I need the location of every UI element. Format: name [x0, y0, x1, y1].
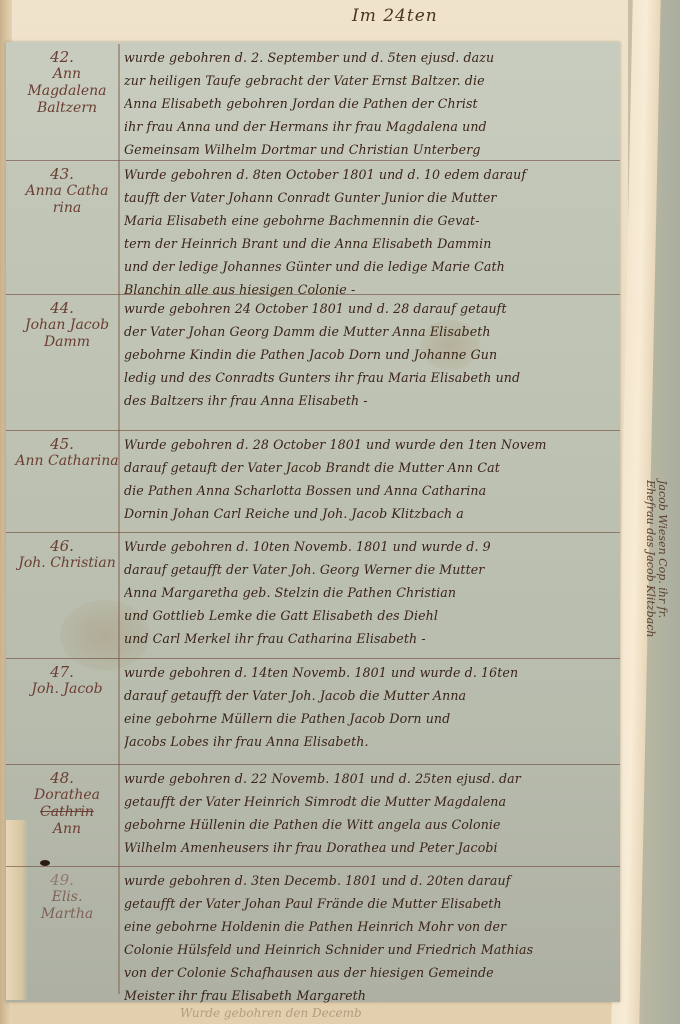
entry-child-name: Johan Jacob Damm — [12, 317, 122, 351]
text-line: gebohrne Hüllenin die Pathen die Witt an… — [124, 813, 620, 836]
name-line: Cathrin — [12, 804, 122, 821]
name-line: Dorathea — [12, 787, 122, 804]
text-line: des Baltzers ihr frau Anna Elisabeth - — [124, 389, 620, 412]
text-line: gebohrne Kindin die Pathen Jacob Dorn un… — [124, 343, 620, 366]
entry-number: 49. — [6, 871, 118, 889]
register-entry: 47. Joh. Jacob wurde gebohren d. 14ten N… — [6, 658, 620, 763]
text-line: der Vater Johan Georg Damm die Mutter An… — [124, 320, 620, 343]
text-line: eine gebohrne Müllern die Pathen Jacob D… — [124, 707, 620, 730]
name-line: Ann Catharina — [12, 453, 122, 470]
page-header-note: Im 24ten — [352, 6, 438, 26]
name-line: Baltzern — [12, 100, 122, 117]
text-line: Jacobs Lobes ihr frau Anna Elisabeth. — [124, 730, 620, 753]
entry-child-name: Ann Catharina — [12, 453, 122, 470]
text-line: wurde gebohren d. 14ten Novemb. 1801 und… — [124, 661, 620, 684]
entry-number: 45. — [6, 435, 118, 453]
register-entry: 46. Joh. Christian Wurde gebohren d. 10t… — [6, 532, 620, 657]
text-line: Wurde gebohren d. 28 October 1801 und wu… — [124, 433, 620, 456]
text-line: wurde gebohren d. 22 Novemb. 1801 und d.… — [124, 767, 620, 790]
text-line: darauf getaufft der Vater Joh. Jacob die… — [124, 684, 620, 707]
name-line: Johan Jacob — [12, 317, 122, 334]
entry-child-name: Joh. Christian — [12, 555, 122, 572]
entry-text: wurde gebohren d. 22 Novemb. 1801 und d.… — [124, 767, 620, 859]
text-line: darauf getauft der Vater Jacob Brandt di… — [124, 456, 620, 479]
entry-child-name: Joh. Jacob — [12, 681, 122, 698]
text-line: ledig und des Conradts Gunters ihr frau … — [124, 366, 620, 389]
text-line: Meister ihr frau Elisabeth Margareth — [124, 984, 620, 1007]
name-line: Damm — [12, 334, 122, 351]
name-line: Martha — [12, 906, 122, 923]
margin-vertical-note: Jacob Wiesen Cop. ihr fr. Ehefrau das Ja… — [644, 480, 668, 637]
register-entry: 42. Ann Magdalena Baltzern wurde gebohre… — [6, 44, 620, 158]
entry-text: wurde gebohren d. 14ten Novemb. 1801 und… — [124, 661, 620, 753]
entry-number: 48. — [6, 769, 118, 787]
entry-text: Wurde gebohren d. 8ten October 1801 und … — [124, 163, 620, 301]
text-line: und Gottlieb Lemke die Gatt Elisabeth de… — [124, 604, 620, 627]
register-entry: 49. Elis. Martha wurde gebohren d. 3ten … — [6, 866, 620, 1003]
register-entry: 48. Dorathea Cathrin Ann wurde gebohren … — [6, 764, 620, 865]
text-line: tern der Heinrich Brant und die Anna Eli… — [124, 232, 620, 255]
text-line: Dornin Johan Carl Reiche und Joh. Jacob … — [124, 502, 620, 525]
entry-number: 44. — [6, 299, 118, 317]
margin-note-line: Jacob Wiesen Cop. ihr fr. — [656, 480, 668, 637]
name-line: Joh. Christian — [12, 555, 122, 572]
name-line: Joh. Jacob — [12, 681, 122, 698]
text-line: wurde gebohren d. 2. September und d. 5t… — [124, 46, 620, 69]
text-line: wurde gebohren 24 October 1801 und d. 28… — [124, 297, 620, 320]
register-entry: 45. Ann Catharina Wurde gebohren d. 28 O… — [6, 430, 620, 531]
entry-text: Wurde gebohren d. 10ten Novemb. 1801 und… — [124, 535, 620, 650]
text-line: die Pathen Anna Scharlotta Bossen und An… — [124, 479, 620, 502]
text-line: zur heiligen Taufe gebracht der Vater Er… — [124, 69, 620, 92]
text-line: taufft der Vater Johann Conradt Gunter J… — [124, 186, 620, 209]
text-line: getaufft der Vater Johan Paul Frände die… — [124, 892, 620, 915]
text-line: wurde gebohren d. 3ten Decemb. 1801 und … — [124, 869, 620, 892]
entry-text: wurde gebohren d. 2. September und d. 5t… — [124, 46, 620, 161]
margin-note-line: Ehefrau das Jacob Klitzbach — [644, 480, 656, 637]
text-line: von der Colonie Schafhausen aus der hies… — [124, 961, 620, 984]
entry-child-name: Elis. Martha — [12, 889, 122, 923]
entry-number: 42. — [6, 48, 118, 66]
bleed-through-text: Wurde gebohren den Decemb — [180, 1006, 362, 1020]
entry-number: 47. — [6, 663, 118, 681]
entry-text: wurde gebohren d. 3ten Decemb. 1801 und … — [124, 869, 620, 1007]
text-line: ihr frau Anna und der Hermans ihr frau M… — [124, 115, 620, 138]
text-line: darauf getaufft der Vater Joh. Georg Wer… — [124, 558, 620, 581]
text-line: getaufft der Vater Heinrich Simrodt die … — [124, 790, 620, 813]
name-line: Ann Magdalena — [12, 66, 122, 100]
name-line: Ann — [12, 821, 122, 838]
text-line: Gemeinsam Wilhelm Dortmar und Christian … — [124, 138, 620, 161]
text-line: Wurde gebohren d. 10ten Novemb. 1801 und… — [124, 535, 620, 558]
text-line: Wilhelm Amenheusers ihr frau Dorathea un… — [124, 836, 620, 859]
entry-text: wurde gebohren 24 October 1801 und d. 28… — [124, 297, 620, 412]
text-line: und der ledige Johannes Günter und die l… — [124, 255, 620, 278]
entry-text: Wurde gebohren d. 28 October 1801 und wu… — [124, 433, 620, 525]
entry-child-name: Anna Catha rina — [12, 183, 122, 217]
register-entry: 44. Johan Jacob Damm wurde gebohren 24 O… — [6, 294, 620, 429]
text-line: Anna Elisabeth gebohren Jordan die Pathe… — [124, 92, 620, 115]
entry-number: 46. — [6, 537, 118, 555]
text-line: Wurde gebohren d. 8ten October 1801 und … — [124, 163, 620, 186]
text-line: Colonie Hülsfeld und Heinrich Schnider u… — [124, 938, 620, 961]
register-entry: 43. Anna Catha rina Wurde gebohren d. 8t… — [6, 160, 620, 293]
text-line: Anna Margaretha geb. Stelzin die Pathen … — [124, 581, 620, 604]
text-line: Maria Elisabeth eine gebohrne Bachmennin… — [124, 209, 620, 232]
entry-child-name: Dorathea Cathrin Ann — [12, 787, 122, 838]
name-line: Anna Catha — [12, 183, 122, 200]
name-line: Elis. — [12, 889, 122, 906]
entry-child-name: Ann Magdalena Baltzern — [12, 66, 122, 117]
entry-number: 43. — [6, 165, 118, 183]
text-line: eine gebohrne Holdenin die Pathen Heinri… — [124, 915, 620, 938]
name-line: rina — [12, 200, 122, 217]
text-line: und Carl Merkel ihr frau Catharina Elisa… — [124, 627, 620, 650]
